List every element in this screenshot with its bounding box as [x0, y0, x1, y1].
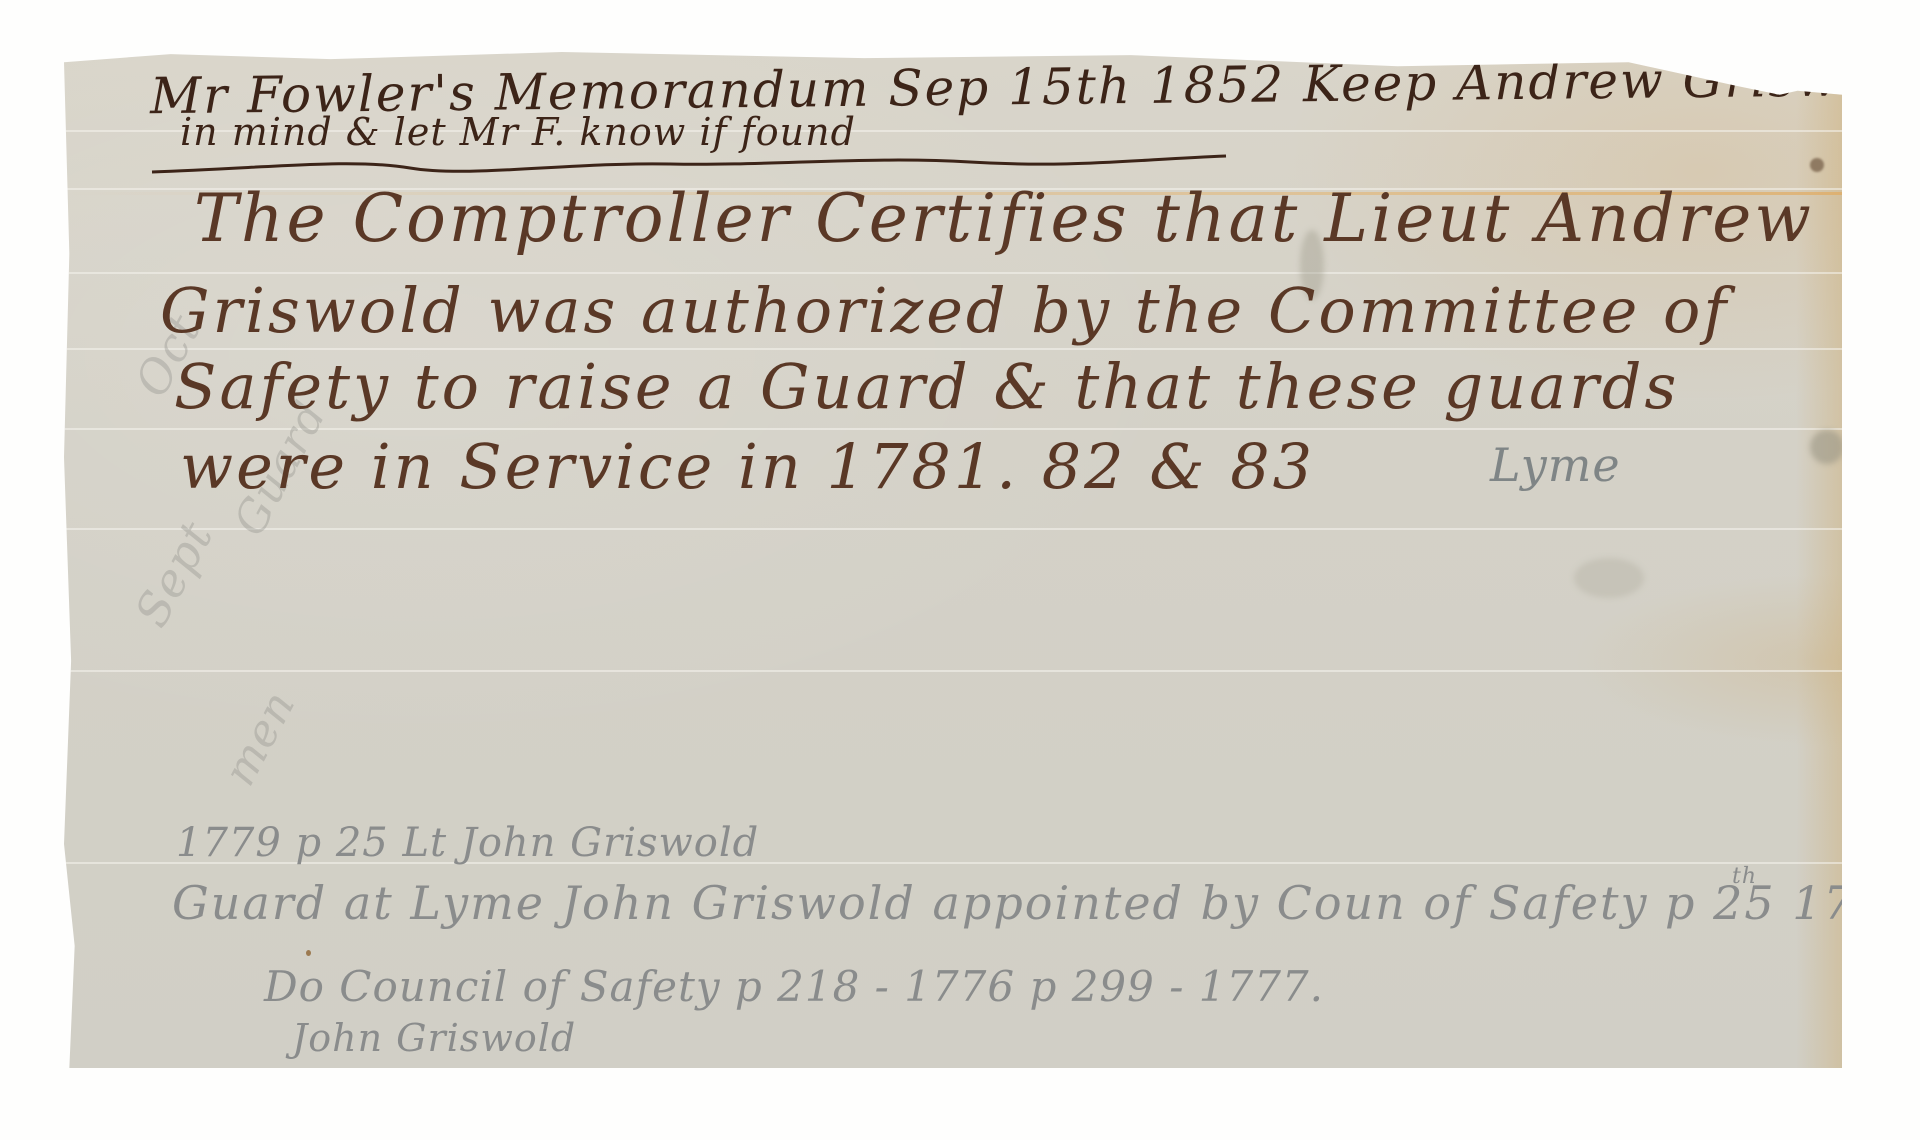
- header-underline: [150, 150, 1230, 180]
- memorandum-header-line2: in mind & let Mr F. know if found: [180, 110, 856, 154]
- certificate-line-2: Griswold was authorized by the Committee…: [160, 274, 1729, 347]
- ink-spot: [306, 950, 311, 956]
- certificate-line-1: The Comptroller Certifies that Lieut And…: [194, 180, 1814, 257]
- stain: [1574, 558, 1644, 598]
- certificate-line-4: were in Service in 1781. 82 & 83: [180, 430, 1315, 503]
- pencil-note-line-2: Guard at Lyme John Griswold appointed by…: [172, 876, 1917, 930]
- ruled-line: [64, 528, 1842, 530]
- certificate-line-3: Safety to raise a Guard & that these gua…: [174, 350, 1679, 423]
- pencil-note-line-1: 1779 p 25 Lt John Griswold: [176, 820, 759, 866]
- pencil-note-line-3: Do Council of Safety p 218 - 1776 p 299 …: [264, 962, 1324, 1011]
- paper-sheet: Oct Sept Guard men Mr Fowler's Memorandu…: [64, 50, 1842, 1068]
- stain: [1810, 430, 1844, 464]
- ink-spot: [1810, 158, 1824, 172]
- bleed-through-text: men: [214, 682, 306, 793]
- pencil-note-line-4: John Griswold: [292, 1016, 576, 1060]
- bleed-through-text: Sept: [124, 512, 224, 635]
- ruled-line: [64, 670, 1842, 672]
- document-scan: Oct Sept Guard men Mr Fowler's Memorandu…: [0, 0, 1920, 1140]
- pencil-superscript: th: [1732, 864, 1757, 889]
- place-annotation-lyme: Lyme: [1490, 438, 1621, 492]
